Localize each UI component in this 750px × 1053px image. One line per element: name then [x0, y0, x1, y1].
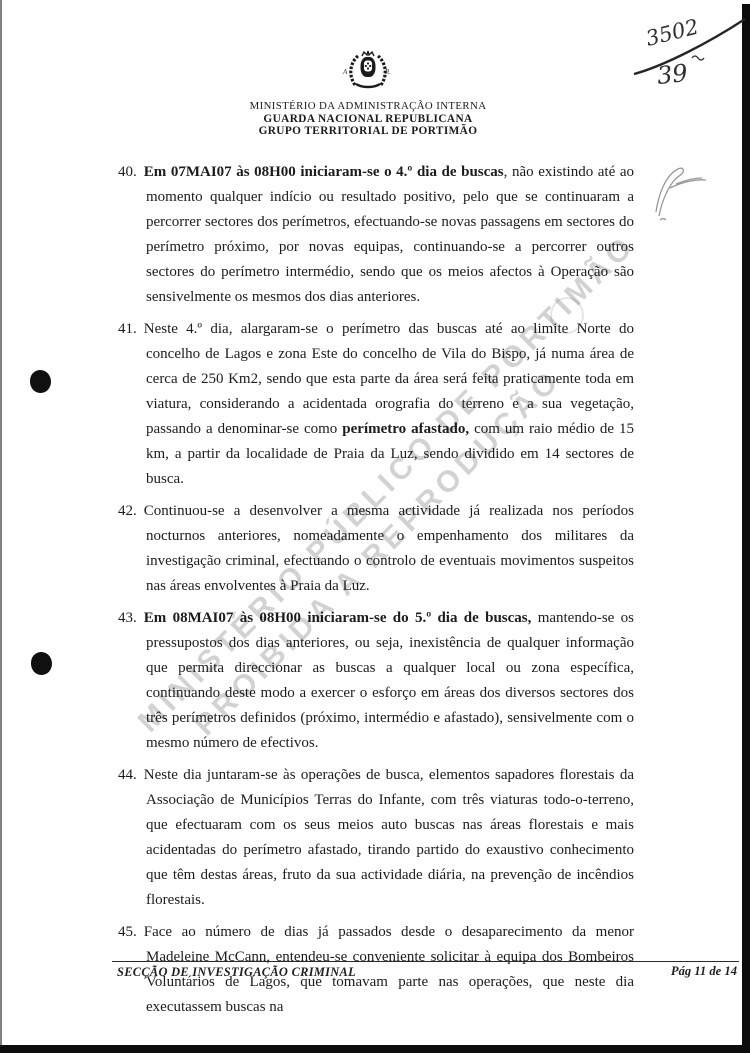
paragraph-text-bold: Em 07MAI07 às 08H00 iniciaram-se o 4.º d…	[144, 164, 504, 180]
scan-edge-right	[742, 4, 750, 1053]
handwritten-page-numbers: 3502 39	[632, 10, 747, 95]
paragraph-42: 42.Continuou-se a desenvolver a mesma ac…	[118, 499, 634, 599]
handwritten-crossed-number: 3502	[643, 15, 701, 51]
ministry-name: MINISTÉRIO DA ADMINISTRAÇÃO INTERNA	[250, 100, 487, 113]
crest-right-letter: R.	[384, 68, 391, 76]
paragraph-text-after: , não existindo até ao momento qualquer …	[146, 164, 634, 305]
paragraph-text-before: Neste 4.º dia, alargaram-se o perímetro …	[144, 321, 634, 437]
document-body: 40.Em 07MAI07 às 08H00 iniciaram-se o 4.…	[118, 160, 634, 1027]
paragraph-number: 40.	[118, 164, 137, 180]
paragraph-41: 41.Neste 4.º dia, alargaram-se o perímet…	[118, 317, 634, 492]
scan-edge-bottom	[0, 1045, 750, 1053]
footer-divider	[112, 961, 739, 962]
letterhead: A R. MINISTÉRIO DA ADMINISTRAÇÃO INTERNA…	[0, 50, 736, 138]
paragraph-number: 44.	[118, 767, 137, 783]
crest-left-letter: A	[342, 68, 348, 76]
paragraph-44: 44.Neste dia juntaram-se às operações de…	[118, 763, 634, 913]
paragraph-number: 41.	[118, 321, 137, 337]
paragraph-text-before: Continuou-se a desenvolver a mesma activ…	[144, 503, 634, 594]
paragraph-number: 43.	[118, 610, 137, 626]
gnr-crest-icon: A R.	[342, 50, 394, 97]
paragraph-text-after: mantendo-se os pressupostos dos dias ant…	[146, 610, 634, 751]
scanned-document-page: A R. MINISTÉRIO DA ADMINISTRAÇÃO INTERNA…	[0, 0, 750, 1053]
hole-punch-mark	[30, 370, 51, 393]
paragraph-text-bold: perímetro afastado,	[342, 421, 469, 437]
paragraph-40: 40.Em 07MAI07 às 08H00 iniciaram-se o 4.…	[118, 160, 634, 310]
footer-section-label: SECÇÃO DE INVESTIGAÇÃO CRIMINAL	[117, 965, 356, 980]
handwritten-page-number: 39	[656, 59, 689, 90]
hole-punch-mark	[31, 652, 52, 675]
handwritten-squiggle	[692, 56, 704, 60]
paragraph-text-before: Neste dia juntaram-se às operações de bu…	[144, 767, 634, 908]
paragraph-text-bold: Em 08MAI07 às 08H00 iniciaram-se do 5.º …	[144, 610, 532, 626]
footer-page-indicator: Pág 11 de 14	[671, 964, 737, 979]
scan-edge-left	[0, 0, 2, 1053]
paragraph-43: 43.Em 08MAI07 às 08H00 iniciaram-se do 5…	[118, 606, 634, 756]
paragraph-number: 42.	[118, 503, 137, 519]
paragraph-number: 45.	[118, 924, 137, 940]
guard-name: GUARDA NACIONAL REPUBLICANA	[263, 113, 472, 126]
handwritten-paraph-mark	[640, 160, 710, 227]
territorial-group: GRUPO TERRITORIAL DE PORTIMÃO	[259, 125, 478, 138]
